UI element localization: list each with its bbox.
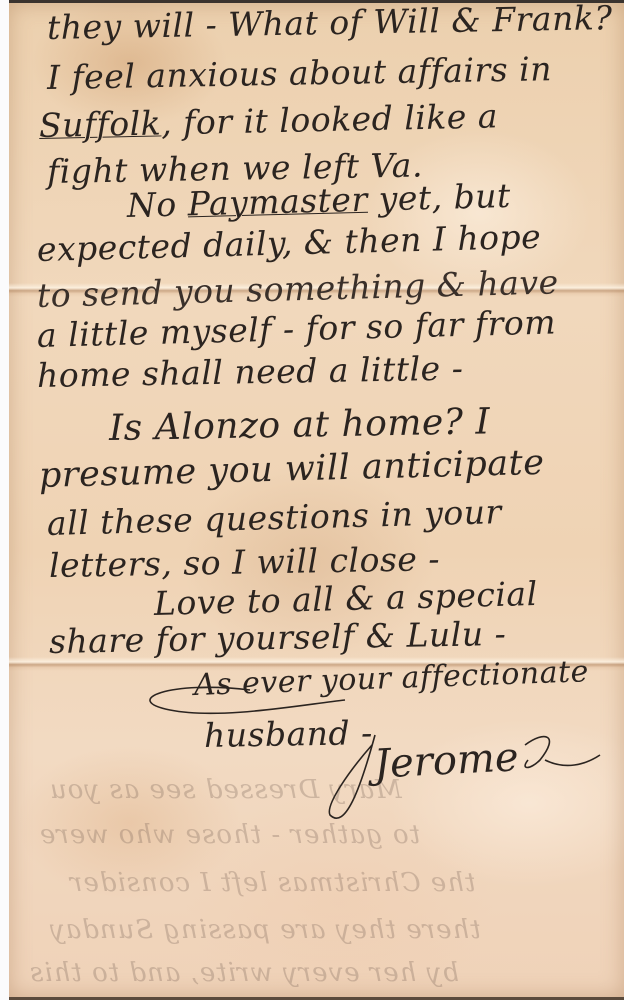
letter-text: they will - What of Will & Frank? I feel… [9,0,624,1000]
letter-line: Is Alonzo at home? I [109,401,491,449]
letter-line: home shall need a little - [37,349,464,395]
letter-line: Suffolk, for it looked like a [39,96,499,145]
signature: Jerome [373,734,520,788]
line-tail: yet, but [367,176,511,219]
letter-line: presume you will anticipate [38,443,544,496]
letter-line: they will - What of Will & Frank? [47,0,613,47]
closing-line: husband - [204,713,373,755]
letter-line: expected daily, & then I hope [36,217,541,269]
line-head: No [126,184,188,225]
letter-line: all these questions in your [46,492,502,543]
closing-line: As ever your affectionate [193,654,589,703]
letter-line: I feel anxious about affairs in [47,49,553,97]
line-tail: , for it looked like a [161,96,499,142]
underlined-word: Paymaster [187,180,368,224]
scanned-letter-page: Mary Dressed see as you to gather - thos… [0,0,624,1000]
underlined-word: Suffolk [39,103,162,145]
letter-line: share for yourself & Lulu - [49,614,507,661]
